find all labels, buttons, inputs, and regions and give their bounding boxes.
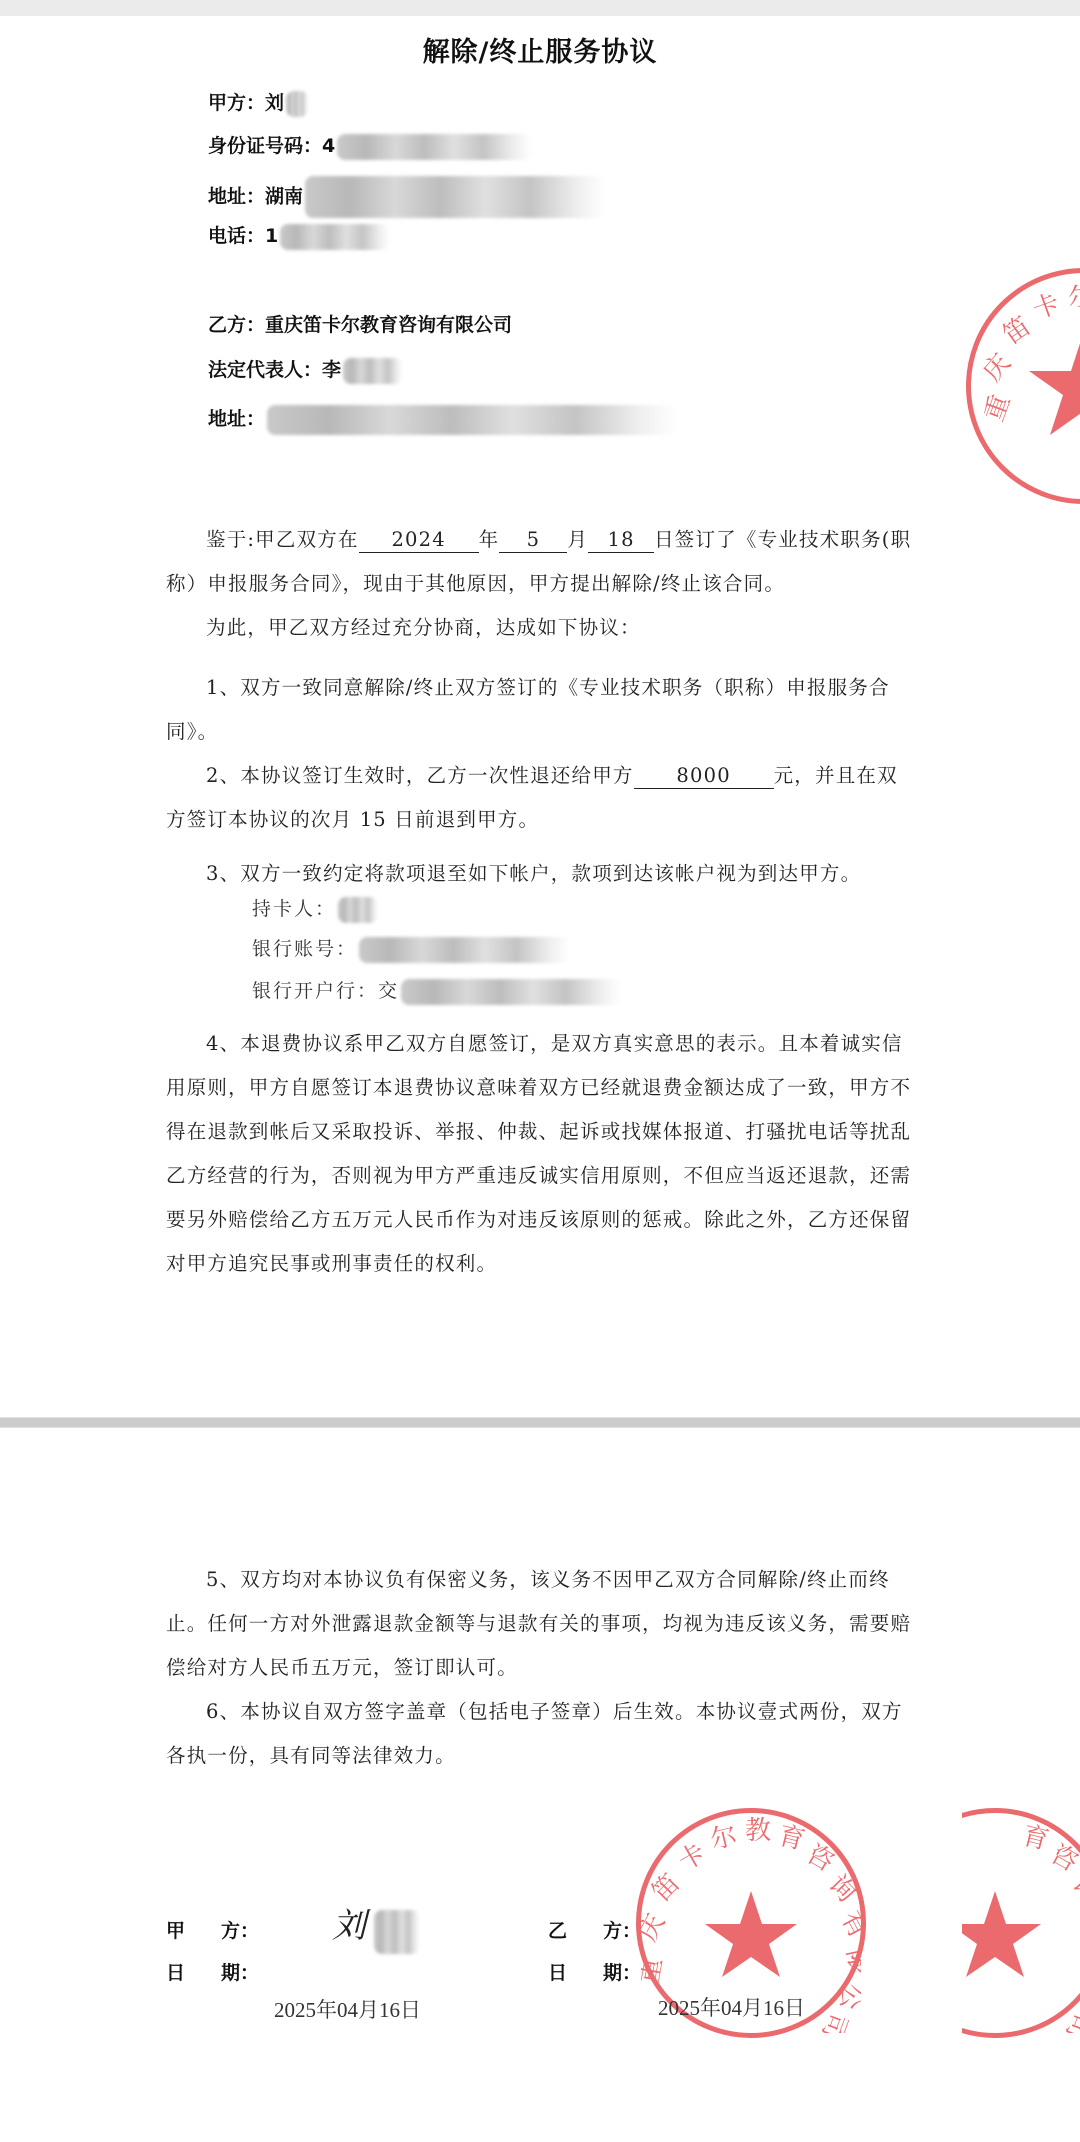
company-seal-partial: 育 咨 询 有 限 公 司 [880, 1808, 1080, 2038]
clause-5: 5、双方均对本协议负有保密义务，该义务不因甲乙双方合同解除/终止而终止。任何一方… [166, 1558, 916, 1690]
svg-text:育: 育 [775, 1821, 808, 1856]
page-separator [0, 1417, 1080, 1428]
redacted-block [305, 176, 605, 218]
svg-text:司: 司 [1060, 2009, 1080, 2033]
svg-text:笛: 笛 [646, 1868, 686, 1908]
redacted-block [359, 937, 569, 963]
svg-text:咨: 咨 [1046, 1839, 1080, 1878]
svg-text:询: 询 [822, 1869, 861, 1909]
party-b-address-line: 地址： [208, 404, 677, 435]
party-a-phone-line: 电话：1 [208, 221, 390, 250]
clause-6: 6、本协议自双方签字盖章（包括电子签章）后生效。本协议壹式两份，双方各执一份，具… [166, 1690, 916, 1778]
document-page-1: 解除/终止服务协议 甲方：刘 身份证号码：4 地址：湖南 电话：1 乙方：重庆笛… [0, 16, 1080, 1417]
signing-month: 5 [499, 528, 567, 553]
svg-text:教: 教 [745, 1816, 771, 1846]
svg-text:庆: 庆 [977, 348, 1017, 387]
svg-text:有: 有 [835, 1906, 861, 1943]
clause-3: 3、双方一致约定将款项退至如下帐户，款项到达该帐户视为到达甲方。 [166, 852, 916, 896]
svg-text:笛: 笛 [998, 311, 1037, 350]
svg-text:卡: 卡 [674, 1838, 712, 1877]
party-b-name-line: 乙方：重庆笛卡尔教育咨询有限公司 [208, 310, 512, 337]
svg-text:公: 公 [834, 1983, 861, 2011]
preamble-agreement: 为此，甲乙双方经过充分协商，达成如下协议： [166, 606, 916, 650]
redacted-block [286, 91, 308, 117]
redacted-block [338, 897, 378, 923]
svg-text:尔: 尔 [707, 1820, 740, 1855]
svg-text:咨: 咨 [802, 1839, 840, 1878]
party-a-handwritten-signature: 刘 [332, 1898, 366, 1947]
document-title: 解除/终止服务协议 [0, 30, 1080, 69]
bank-branch-line: 银行开户行：交 [252, 976, 621, 1005]
party-a-date: 2025年04月16日 [274, 1994, 421, 2024]
clause-2: 2、本协议签订生效时，乙方一次性退还给甲方8000元，并且在双方签订本协议的次月… [166, 754, 916, 842]
svg-text:卡: 卡 [1029, 288, 1064, 325]
company-seal: 重 庆 笛 卡 尔 [966, 268, 1080, 504]
party-b-sign-label: 乙方： [548, 1916, 641, 1943]
party-a-id-line: 身份证号码：4 [208, 131, 532, 160]
redacted-block [280, 224, 390, 250]
signing-year: 2024 [359, 528, 479, 553]
svg-text:司: 司 [816, 2009, 853, 2033]
redacted-block [374, 1910, 420, 1954]
party-b-date: 2025年04月16日 [658, 1992, 805, 2022]
svg-text:尔: 尔 [1067, 282, 1080, 314]
document-page-2: 5、双方均对本协议负有保密义务，该义务不因甲乙双方合同解除/终止而终止。任何一方… [0, 1428, 1080, 2142]
redacted-block [401, 979, 621, 1005]
preamble-paragraph: 鉴于:甲乙双方在2024年5月18日签订了《专业技术职务(职称）申报服务合同》，… [166, 518, 916, 606]
redacted-block [267, 405, 677, 435]
svg-text:重: 重 [979, 391, 1016, 426]
svg-text:重: 重 [641, 1955, 668, 1986]
redacted-block [337, 134, 532, 160]
svg-text:育: 育 [1019, 1821, 1052, 1856]
party-b-rep-line: 法定代表人：李 [208, 355, 403, 384]
signing-day: 18 [588, 528, 654, 553]
svg-text:限: 限 [840, 1946, 861, 1978]
bank-account-line: 银行账号： [252, 934, 569, 963]
party-a-address-line: 地址：湖南 [208, 176, 605, 218]
party-a-sign-label: 甲方： [166, 1916, 259, 1943]
top-status-bar [0, 0, 1080, 16]
svg-text:庆: 庆 [641, 1909, 671, 1946]
party-a-date-label: 日期： [166, 1958, 259, 1985]
seal-star-icon: 育 咨 询 有 限 公 司 [885, 1813, 1080, 2033]
bank-holder-line: 持卡人： [252, 894, 378, 923]
seal-star-icon: 重 庆 笛 卡 尔 [971, 273, 1080, 499]
party-a-name-line: 甲方：刘 [208, 88, 308, 117]
refund-amount: 8000 [634, 764, 774, 789]
redacted-block [343, 358, 403, 384]
party-b-date-label: 日期： [548, 1958, 641, 1985]
clause-1: 1、双方一致同意解除/终止双方签订的《专业技术职务（职称）申报服务合同》。 [166, 666, 916, 754]
clause-4: 4、本退费协议系甲乙双方自愿签订，是双方真实意思的表示。且本着诚实信用原则，甲方… [166, 1022, 916, 1286]
